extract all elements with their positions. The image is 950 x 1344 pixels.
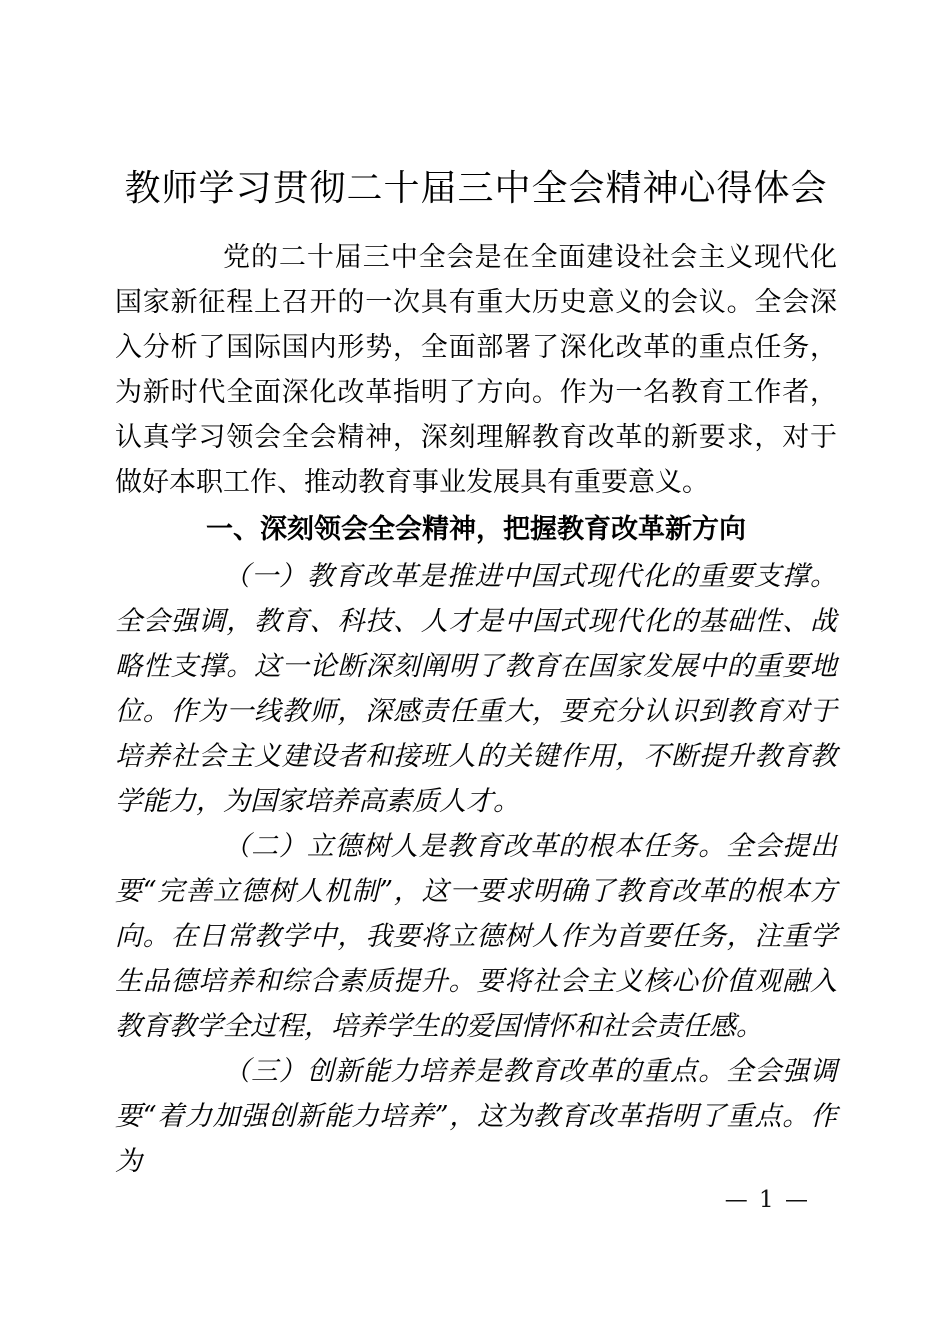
- document-content: 教师学习贯彻二十届三中全会精神心得体会 党的二十届三中全会是在全面建设社会主义现…: [115, 164, 837, 1184]
- intro-paragraph: 党的二十届三中全会是在全面建设社会主义现代化国家新征程上召开的一次具有重大历史意…: [115, 235, 837, 505]
- section-1-point-1-paragraph: （一）教育改革是推进中国式现代化的重要支撑。全会强调，教育、科技、人才是中国式现…: [115, 554, 837, 824]
- section-1-point-2-paragraph: （二）立德树人是教育改革的根本任务。全会提出要“完善立德树人机制”，这一要求明确…: [115, 824, 837, 1049]
- page-number: — 1 —: [725, 1185, 810, 1215]
- section-1-point-3-paragraph: （三）创新能力培养是教育改革的重点。全会强调要“着力加强创新能力培养”，这为教育…: [115, 1049, 837, 1184]
- document-page: 教师学习贯彻二十届三中全会精神心得体会 党的二十届三中全会是在全面建设社会主义现…: [0, 0, 950, 1344]
- section-1-heading: 一、深刻领会全会精神，把握教育改革新方向: [115, 506, 837, 553]
- document-title: 教师学习贯彻二十届三中全会精神心得体会: [115, 164, 837, 214]
